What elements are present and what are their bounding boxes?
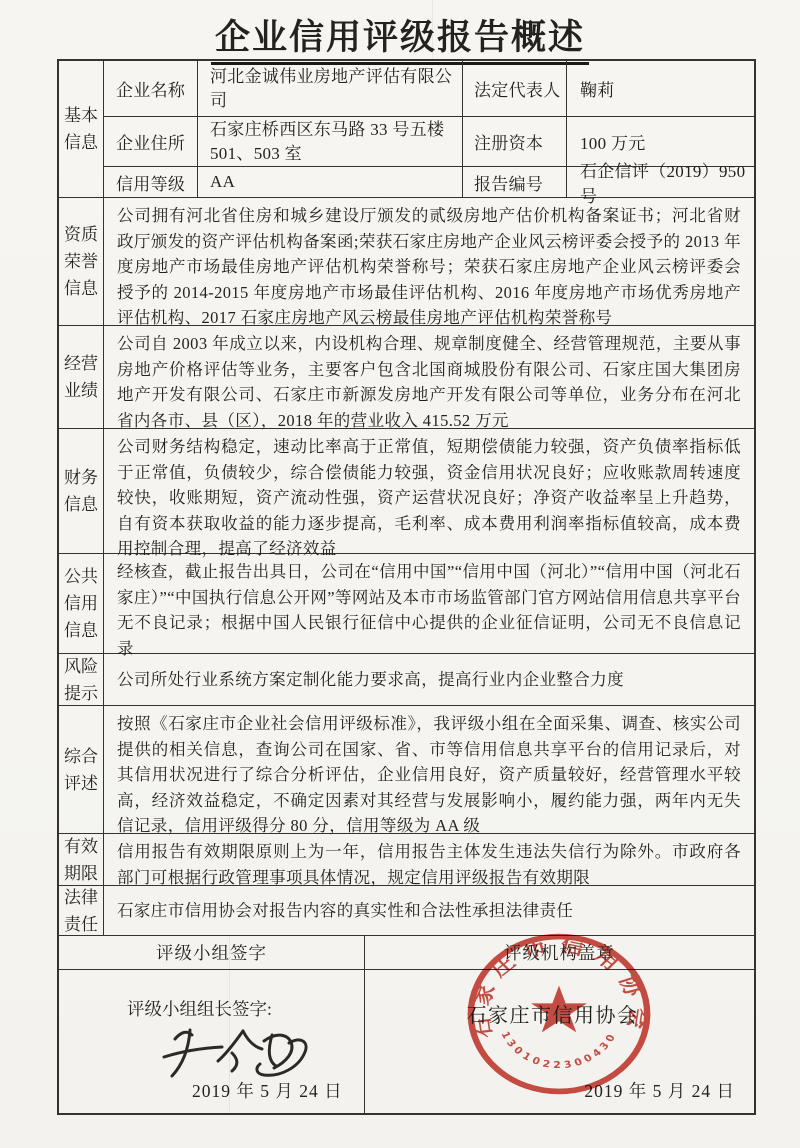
signature-header-row: 评级小组签字 评级机构盖章 [59,936,754,970]
field-value: 石企信评（2019）950 号 [567,167,754,197]
field-value: 石家庄桥西区东马路 33 号五楼 501、503 室 [198,117,463,166]
field-label: 法定代表人 [463,61,567,116]
group-signature-header: 评级小组签字 [59,936,365,969]
org-seal-cell: 石家庄市信用协会 石家庄市信用协会 1301022300430 2019 [365,970,754,1115]
section-row-finance: 财务信息 公司财务结构稳定，速动比率高于正常值，短期偿债能力较强，资产负债率指标… [59,429,754,554]
section-row-public-credit: 公共信用信息 经核查，截止报告出具日，公司在“信用中国”“信用中国（河北）”“信… [59,554,754,654]
section-label: 综合评述 [59,706,104,833]
section-label: 风险提示 [59,654,104,705]
section-row-validity: 有效期限 信用报告有效期限原则上为一年，信用报告主体发生违法失信行为除外。市政府… [59,834,754,886]
field-label: 企业住所 [104,117,198,166]
left-date: 2019 年 5 月 24 日 [192,1078,343,1103]
table-row: 企业名称 河北金诚伟业房地产评估有限公司 法定代表人 鞠莉 [104,61,754,117]
section-text: 公司所处行业系统方案定制化能力要求高，提高行业内企业整合力度 [104,654,754,705]
leader-signature [159,1018,329,1086]
section-text: 公司财务结构稳定，速动比率高于正常值，短期偿债能力较强，资产负债率指标低于正常值… [104,429,754,553]
org-seal-header: 评级机构盖章 [365,936,754,969]
field-value: 河北金诚伟业房地产评估有限公司 [198,61,463,116]
svg-text:1301022300430: 1301022300430 [498,1030,619,1071]
seal-number: 1301022300430 [498,1030,619,1071]
field-label: 注册资本 [463,117,567,166]
section-label: 有效期限 [59,834,104,885]
section-label: 公共信用信息 [59,554,104,653]
section-text: 公司自 2003 年成立以来，内设机构合理、规章制度健全、经营管理规范，主要从事… [104,326,754,428]
table-row: 信用等级 AA 报告编号 石企信评（2019）950 号 [104,167,754,197]
section-row-risk: 风险提示 公司所处行业系统方案定制化能力要求高，提高行业内企业整合力度 [59,654,754,706]
section-label: 资质荣誉信息 [59,198,104,325]
field-value: AA [198,167,463,197]
signature-row: 评级小组组长签字: 2019 年 5 月 24 日 [59,970,754,1115]
section-row-summary: 综合评述 按照《石家庄市企业社会信用评级标准》，我评级小组在全面采集、调查、核实… [59,706,754,834]
section-label-basic-info: 基本信息 [59,61,104,197]
credit-report-page: 企业信用评级报告概述 基本信息 企业名称 河北金诚伟业房地产评估有限公司 法定代… [0,0,800,1148]
section-text: 按照《石家庄市企业社会信用评级标准》，我评级小组在全面采集、调查、核实公司提供的… [104,706,754,833]
field-value: 鞠莉 [567,61,754,116]
section-label: 财务信息 [59,429,104,553]
page-title: 企业信用评级报告概述 [0,10,800,65]
org-name: 石家庄市信用协会 [365,999,740,1028]
field-label: 报告编号 [463,167,567,197]
group-signature-cell: 评级小组组长签字: 2019 年 5 月 24 日 [59,970,365,1115]
basic-info-block: 基本信息 企业名称 河北金诚伟业房地产评估有限公司 法定代表人 鞠莉 企业住所 … [59,61,754,198]
field-label: 信用等级 [104,167,198,197]
section-text: 信用报告有效期限原则上为一年，信用报告主体发生违法失信行为除外。市政府各部门可根… [104,834,754,885]
section-label: 经营业绩 [59,326,104,428]
section-row-performance: 经营业绩 公司自 2003 年成立以来，内设机构合理、规章制度健全、经营管理规范… [59,326,754,429]
field-label: 企业名称 [104,61,198,116]
section-text: 经核查，截止报告出具日，公司在“信用中国”“信用中国（河北）”“信用中国（河北石… [104,554,754,653]
report-table: 基本信息 企业名称 河北金诚伟业房地产评估有限公司 法定代表人 鞠莉 企业住所 … [57,59,756,1115]
section-label: 法律责任 [59,886,104,935]
section-row-qualifications: 资质荣誉信息 公司拥有河北省住房和城乡建设厅颁发的贰级房地产估价机构备案证书；河… [59,198,754,326]
section-text: 公司拥有河北省住房和城乡建设厅颁发的贰级房地产估价机构备案证书；河北省财政厅颁发… [104,198,754,325]
